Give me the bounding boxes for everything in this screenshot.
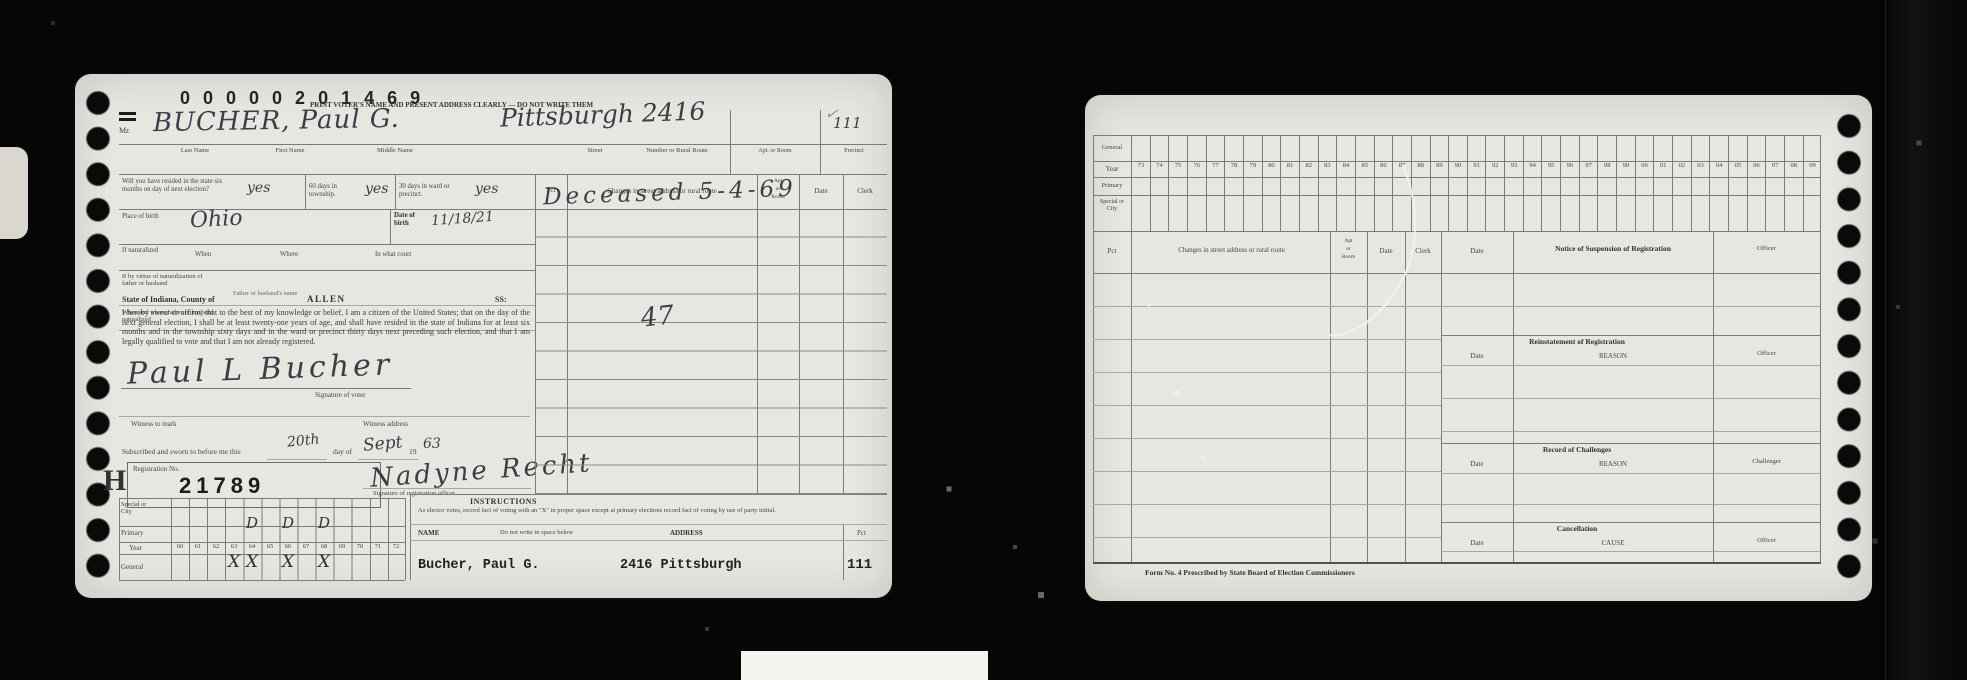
grid-line [119,498,120,580]
registration-number: 21789 [179,473,265,499]
table-rows [535,209,887,494]
grid-cell [387,552,405,572]
label-name: NAME [418,529,439,537]
label-if-naturalized: If naturalized [122,247,160,255]
instructions-title: INSTRUCTIONS [470,497,537,506]
sworn-day-of: day of [333,448,352,457]
grid-cell [297,552,315,572]
table-top-line [119,174,887,175]
grid-cell: 68 [315,543,333,550]
grid-cell [189,514,207,532]
year-cells: 60616263646566676869707172 [171,543,405,550]
sworn-month-value: Sept [362,432,403,455]
grid-cell [171,552,189,572]
sworn-year-prefix: 19 [409,448,417,457]
struck-titles [119,112,136,115]
answer-30-days: yes [475,181,498,197]
label-special-or-city: Special or City [121,501,149,515]
typed-pct: 111 [847,557,872,573]
q-divider [305,174,306,209]
grid-cell: 70 [351,543,369,550]
sworn-underline-2 [358,459,418,460]
signature-line [121,388,411,389]
left-film-tab [0,147,28,239]
grid-cell [387,514,405,532]
microfilm-scan: { "left_card": { "stamp_number": "000002… [0,0,1967,680]
answer-residence-state: yes [247,180,270,196]
question-60-days: 60 days in township. [309,183,361,199]
grid-cell [207,552,225,572]
typed-pct-line [843,524,844,580]
label-where: Where [280,251,298,259]
header-date: Date [801,187,841,195]
primary-marks: DDD [171,514,405,532]
grid-cell: 71 [369,543,387,550]
name-handwritten: BUCHER, Paul G. [153,104,400,138]
crease-mark [1085,95,1872,601]
grid-cell: 60 [171,543,189,550]
grid-cell: X [243,552,261,572]
grid-cell: X [225,552,243,572]
instructions-left-line [410,494,411,580]
voter-registration-card-front: 00000201469 Print voter's name and prese… [75,74,892,598]
answer-60-days: yes [365,181,388,197]
header-clerk: Clerk [845,187,885,195]
question-30-days: 30 days in ward or precinct. [399,183,469,199]
film-edge-highlight [1885,0,1967,680]
label-date-of-birth: Date of birth [394,212,428,228]
name-underline [119,144,887,145]
grid-cell: D [243,514,261,532]
grid-cell [351,514,369,532]
label-registration-no: Registration No. [133,465,179,473]
label-by-virtue: If by virtue of naturalization of father… [122,273,212,288]
label-in-what-court: In what court [375,251,411,259]
h-stamp: H [103,464,126,499]
grid-cell [261,552,279,572]
row-line [119,270,535,271]
sworn-prefix: Subscribed and sworn to before me this [122,448,241,457]
grid-cell: D [279,514,297,532]
grid-cell: 63 [225,543,243,550]
label-father-husband-name: Father or husband's name [233,290,297,297]
voter-registration-card-back: General Year Primary Special or City 737… [1085,95,1872,601]
grid-cell [261,514,279,532]
affidavit-state-line: State of Indiana, County of [122,295,215,304]
label-general: General [121,563,143,571]
birth-divider [390,209,391,244]
affidavit-body: I hereby swear or affirm, that to the be… [122,308,530,346]
title-prefix: Mr. [119,126,130,135]
grid-cell [333,514,351,532]
grid-cell: 62 [207,543,225,550]
street-handwritten: Pittsburgh 2416 [500,96,706,132]
typed-name: Bucher, Paul G. [418,558,540,573]
grid-cell [171,514,189,532]
place-of-birth-value: Ohio [189,206,243,234]
label-street: Street [565,147,625,154]
grid-cell: 72 [387,543,405,550]
deceased-note: Deceased 5-4-69 [543,176,798,211]
county-underline [225,305,475,306]
precinct-cell-line [820,110,821,174]
grid-cell [207,514,225,532]
punch-holes-left [81,86,115,584]
grid-cell [333,552,351,572]
label-signature-of-voter: Signature of voter [315,391,366,399]
affidavit-ss: SS: [495,295,507,304]
label-first-name: First Name [260,147,320,154]
grid-cell: 65 [261,543,279,550]
label-address: ADDRESS [670,529,703,537]
label-witness-to-mark: Witness to mark [131,420,177,428]
label-year: Year [129,544,142,552]
label-middle-name: Middle Name [363,147,427,154]
label-apt-or-room: Apt. or Room [733,148,817,155]
row-line [119,244,535,245]
grid-cell: D [315,514,333,532]
date-of-birth-value: 11/18/21 [431,209,495,229]
grid-cell: 64 [243,543,261,550]
grid-cell: 66 [279,543,297,550]
grid-cell [297,514,315,532]
bottom-film-gap [741,651,988,680]
grid-cell: 61 [189,543,207,550]
grid-cell: 69 [333,543,351,550]
sworn-underline-1 [267,459,327,460]
witness-line [119,416,530,417]
label-pct: Pct [857,529,866,537]
label-number-rural-route: Number or Rural Route [627,147,727,154]
label-primary: Primary [121,529,144,537]
affidavit-county-value: ALLEN [307,294,346,304]
q-divider [395,174,396,209]
grid-cell [189,552,207,572]
grid-cell: 67 [297,543,315,550]
grid-cell: X [279,552,297,572]
typed-address: 2416 Pittsburgh [620,558,742,573]
sworn-year-value: 63 [423,436,441,452]
precinct-handwritten: 111 [833,114,862,132]
instructions-body: As elector votes, record fact of voting … [418,507,778,515]
sworn-day-value: 20th [286,431,320,450]
label-precinct: Precinct [823,148,885,155]
grid-line [119,580,405,581]
label-witness-address: Witness address [363,420,408,428]
grid-cell [225,514,243,532]
apt-cell-line [730,110,731,174]
label-last-name: Last Name [165,147,225,154]
label-place-of-birth: Place of birth [122,213,162,221]
grid-cell [351,552,369,572]
voter-signature: Paul L Bucher [126,347,393,391]
dust-specks [0,0,2,2]
label-do-not-write: Do not write in space below [500,529,573,536]
grid-cell: X [315,552,333,572]
table-bottom-line [410,494,887,495]
instructions-line [410,524,887,525]
instructions-line [410,540,887,541]
grid-cell [369,514,387,532]
general-marks: XXXX [171,552,405,572]
label-when: When [195,251,211,259]
officer-signature-line [363,488,531,489]
grid-cell [369,552,387,572]
question-residence-state: Will you have resided in the state six m… [122,178,240,194]
number-47-note: 47 [640,300,676,333]
